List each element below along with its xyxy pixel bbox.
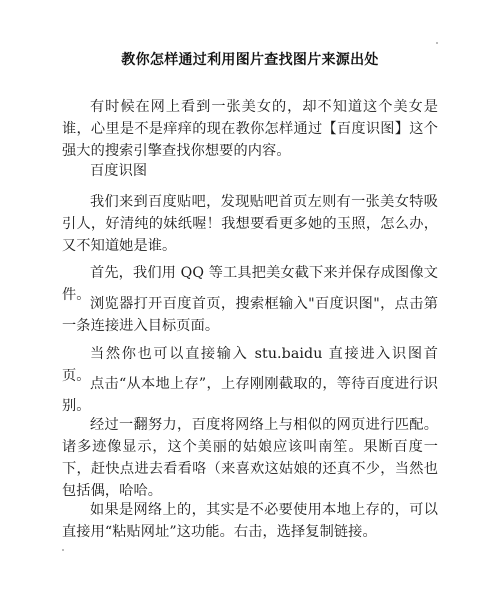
paragraph-tieba: 我们来到百度贴吧，发现贴吧首页左则有一张美女特吸引人，好清纯的妹纸喔！我想要看更…	[62, 191, 438, 257]
paragraph-step-browser: 浏览器打开百度首页，搜索框输入"百度识图"，点击第一条连接进入目标页面。	[62, 293, 438, 337]
paragraph-intro: 有时候在网上看到一张美女的，却不知道这个美女是谁，心里是不是痒痒的现在教你怎样通…	[62, 96, 438, 162]
document-title: 教你怎样通过利用图片查找图片来源出处	[0, 51, 500, 69]
page-corner-mark	[436, 42, 438, 44]
paragraph-result: 经过一翻努力，百度将网络上与相似的网页进行匹配。诸多迹像显示，这个美丽的姑娘应该…	[62, 414, 438, 502]
page-footer-mark	[62, 549, 64, 551]
document-page: 教你怎样通过利用图片查找图片来源出处 有时候在网上看到一张美女的，却不知道这个美…	[0, 0, 500, 596]
paragraph-paste-url: 如果是网络上的，其实是不必要使用本地上存的，可以直接用“粘贴网址”这功能。右击，…	[62, 499, 438, 543]
paragraph-upload: 点击“从本地上存”，上存刚刚截取的，等待百度进行识别。	[62, 373, 438, 417]
paragraph-heading-baidu-shitu: 百度识图	[62, 160, 438, 182]
